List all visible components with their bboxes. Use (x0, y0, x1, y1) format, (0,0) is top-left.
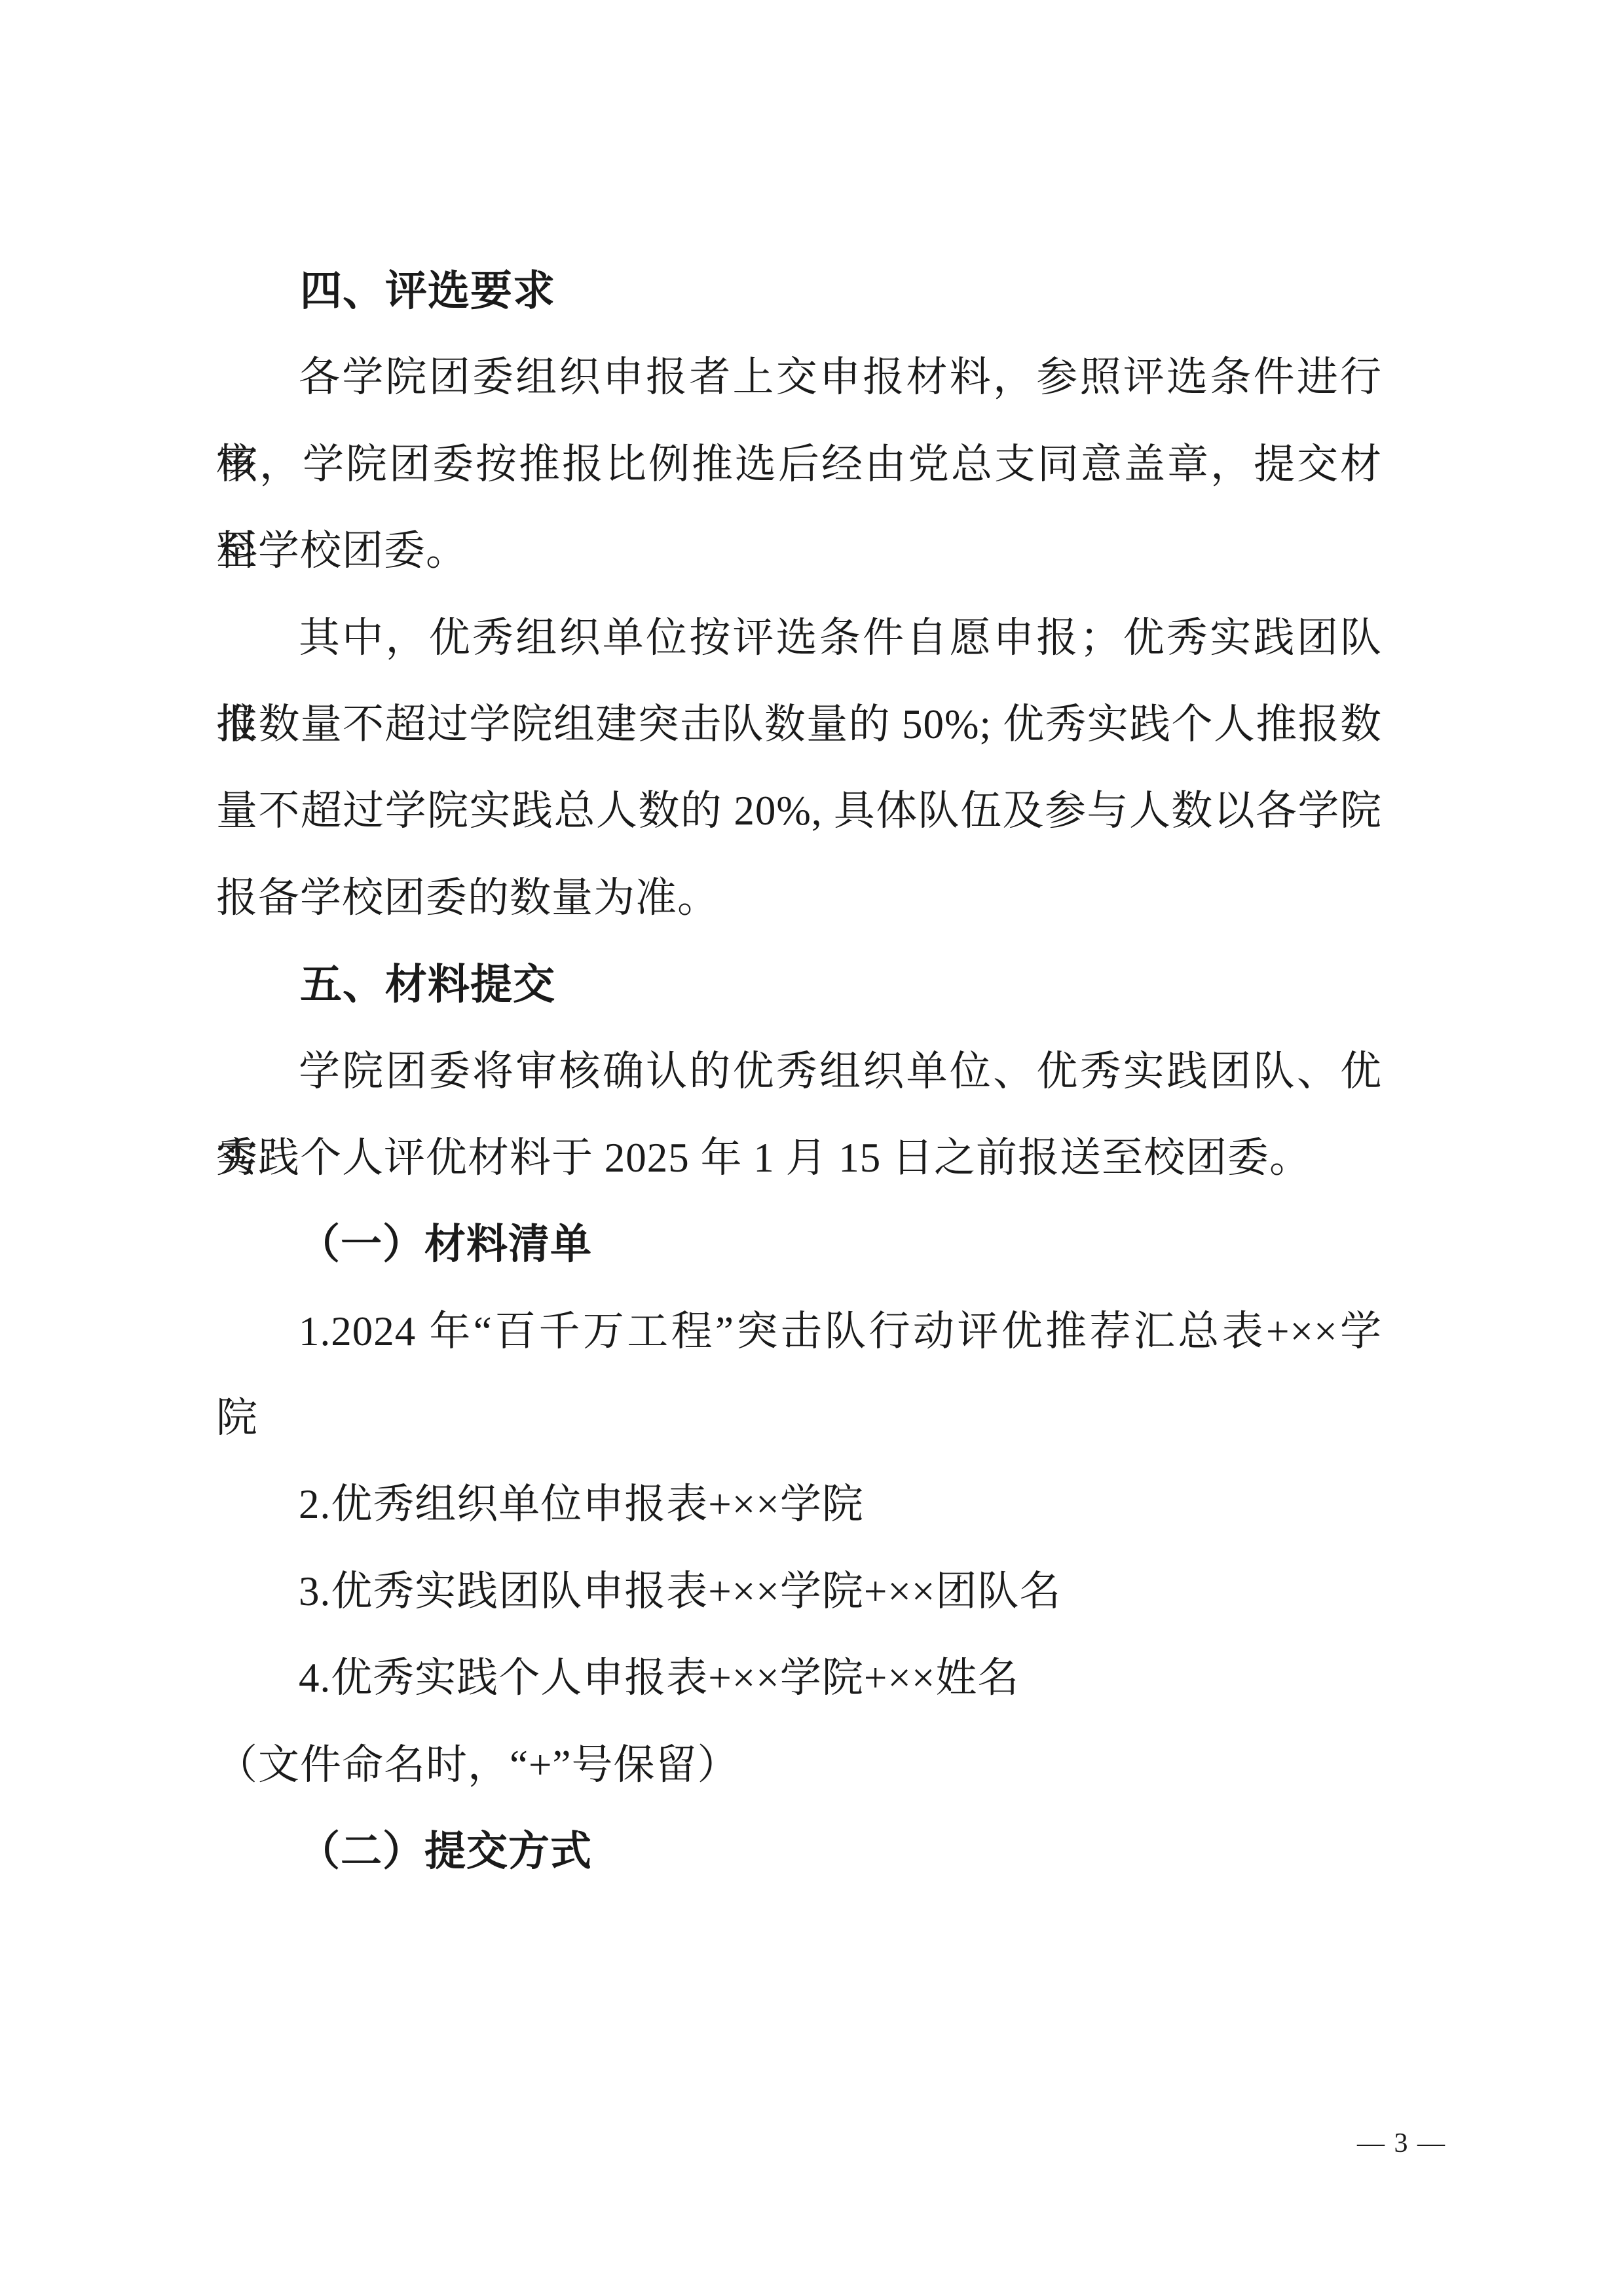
text-line: 2.优秀组织单位申报表+××学院 (216, 1461, 1382, 1547)
text-line: 各学院团委组织申报者上交申报材料，参照评选条件进行审 (216, 334, 1382, 420)
text-line: 其中，优秀组织单位按评选条件自愿申报；优秀实践团队推 (216, 595, 1382, 681)
text-line: 院 (216, 1375, 1382, 1461)
text-line: 学院团委将审核确认的优秀组织单位、优秀实践团队、优秀 (216, 1028, 1382, 1115)
text-line: 4.优秀实践个人申报表+××学院+××姓名 (216, 1635, 1382, 1721)
sub-heading: （二）提交方式 (216, 1808, 1382, 1895)
document-body: 四、评选要求各学院团委组织申报者上交申报材料，参照评选条件进行审核，学院团委按推… (216, 248, 1382, 1895)
document-page: 四、评选要求各学院团委组织申报者上交申报材料，参照评选条件进行审核，学院团委按推… (0, 0, 1623, 2296)
text-line: 量不超过学院实践总人数的 20%, 具体队伍及参与人数以各学院 (216, 768, 1382, 854)
text-line: 报数量不超过学院组建突击队数量的 50%; 优秀实践个人推报数 (216, 681, 1382, 768)
section-heading: 五、材料提交 (216, 941, 1382, 1028)
text-line: （文件命名时，“+”号保留） (216, 1722, 1382, 1808)
text-line: 1.2024 年“百千万工程”突击队行动评优推荐汇总表+××学 (216, 1288, 1382, 1375)
text-line: 实践个人评优材料于 2025 年 1 月 15 日之前报送至校团委。 (216, 1115, 1382, 1201)
page-number: — 3 — (1330, 2124, 1474, 2163)
text-line: 报备学校团委的数量为准。 (216, 855, 1382, 941)
text-line: 核，学院团委按推报比例推选后经由党总支同意盖章，提交材料 (216, 421, 1382, 508)
section-heading: 四、评选要求 (216, 248, 1382, 334)
sub-heading: （一）材料清单 (216, 1201, 1382, 1287)
text-line: 至学校团委。 (216, 508, 1382, 594)
text-line: 3.优秀实践团队申报表+××学院+××团队名 (216, 1548, 1382, 1635)
